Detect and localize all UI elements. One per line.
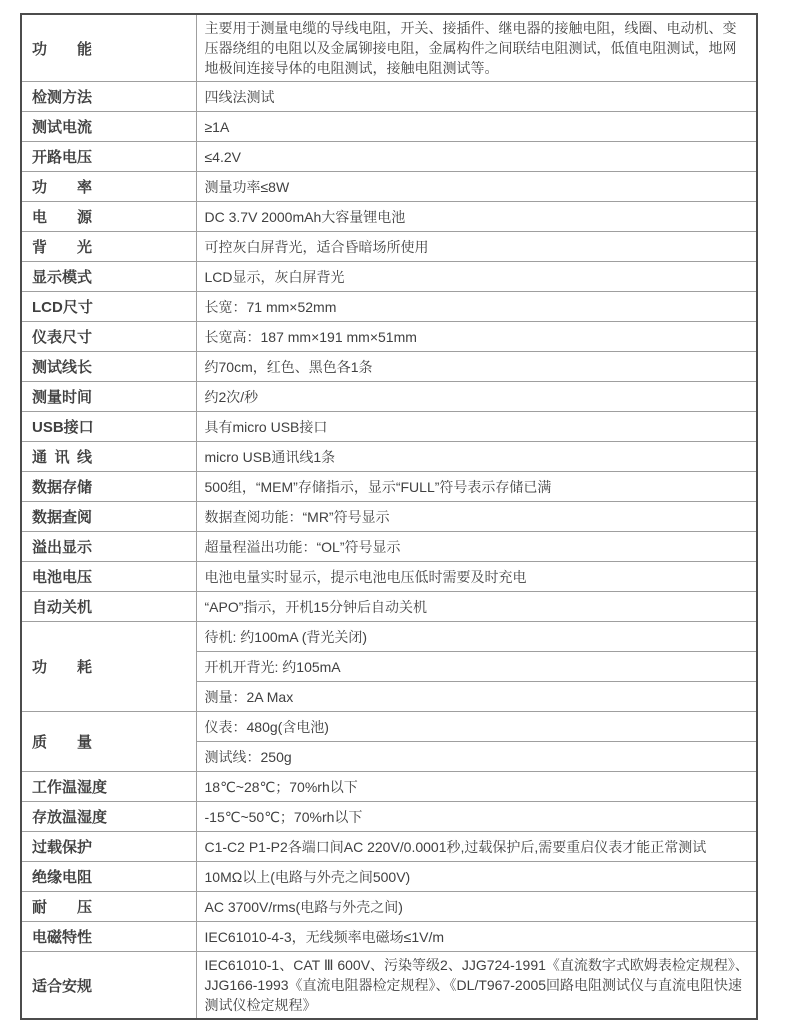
spec-label: 电源	[21, 202, 196, 232]
spec-value: 500组，“MEM”存储指示，显示“FULL”符号表示存储已满	[196, 472, 757, 502]
spec-label-text: 存放温湿度	[32, 806, 107, 827]
spec-row: 测试电流 ≥1A	[21, 112, 757, 142]
spec-value: LCD显示，灰白屏背光	[196, 262, 757, 292]
spec-value: 约2次/秒	[196, 382, 757, 412]
spec-label: 开路电压	[21, 142, 196, 172]
spec-value: AC 3700V/rms(电路与外壳之间)	[196, 892, 757, 922]
spec-label: 绝缘电阻	[21, 862, 196, 892]
spec-label: 检测方法	[21, 82, 196, 112]
spec-label: 过载保护	[21, 832, 196, 862]
spec-row: 测试线长 约70cm，红色、黑色各1条	[21, 352, 757, 382]
spec-label: 测试电流	[21, 112, 196, 142]
spec-label-text: 功率	[32, 176, 92, 197]
spec-value: ≤4.2V	[196, 142, 757, 172]
spec-row: 仪表尺寸 长宽高：187 mm×191 mm×51mm	[21, 322, 757, 352]
spec-row: 电源 DC 3.7V 2000mAh大容量锂电池	[21, 202, 757, 232]
spec-value: 约70cm，红色、黑色各1条	[196, 352, 757, 382]
spec-label-text: 功能	[32, 38, 92, 59]
spec-label: 适合安规	[21, 952, 196, 1020]
spec-value: 长宽：71 mm×52mm	[196, 292, 757, 322]
spec-row: 开路电压 ≤4.2V	[21, 142, 757, 172]
spec-label-text: 数据存储	[32, 476, 92, 497]
spec-label-text: 仪表尺寸	[32, 326, 92, 347]
spec-label-text: 开路电压	[32, 146, 92, 167]
spec-label-text: 绝缘电阻	[32, 866, 92, 887]
spec-label-text: 过载保护	[32, 836, 92, 857]
spec-row: 适合安规 IEC61010-1、CAT Ⅲ 600V、污染等级2、JJG724-…	[21, 952, 757, 1020]
spec-row: 背光 可控灰白屏背光，适合昏暗场所使用	[21, 232, 757, 262]
spec-value: 测量功率≤8W	[196, 172, 757, 202]
spec-label: 功耗	[21, 622, 196, 712]
spec-label-text: 显示模式	[32, 266, 92, 287]
spec-label: 电池电压	[21, 562, 196, 592]
spec-value: 10MΩ以上(电路与外壳之间500V)	[196, 862, 757, 892]
spec-value: 电池电量实时显示，提示电池电压低时需要及时充电	[196, 562, 757, 592]
spec-label: USB接口	[21, 412, 196, 442]
spec-label: 工作温湿度	[21, 772, 196, 802]
spec-table: 功能 主要用于测量电缆的导线电阻，开关、接插件、继电器的接触电阻，线圈、电动机、…	[20, 13, 758, 1020]
spec-value: 18℃~28℃；70%rh以下	[196, 772, 757, 802]
spec-row: 电池电压 电池电量实时显示，提示电池电压低时需要及时充电	[21, 562, 757, 592]
spec-row: 过载保护 C1-C2 P1-P2各端口间AC 220V/0.0001秒,过载保护…	[21, 832, 757, 862]
spec-row: 测量时间 约2次/秒	[21, 382, 757, 412]
spec-label: 测试线长	[21, 352, 196, 382]
spec-row: 功能 主要用于测量电缆的导线电阻，开关、接插件、继电器的接触电阻，线圈、电动机、…	[21, 14, 757, 82]
spec-row: 存放温湿度 -15℃~50℃；70%rh以下	[21, 802, 757, 832]
spec-value: 超量程溢出功能：“OL”符号显示	[196, 532, 757, 562]
spec-value: 长宽高：187 mm×191 mm×51mm	[196, 322, 757, 352]
spec-label: 数据存储	[21, 472, 196, 502]
spec-row: 质量 仪表：480g(含电池)	[21, 712, 757, 742]
spec-row: 数据存储 500组，“MEM”存储指示，显示“FULL”符号表示存储已满	[21, 472, 757, 502]
spec-row: 功率 测量功率≤8W	[21, 172, 757, 202]
spec-value: ≥1A	[196, 112, 757, 142]
spec-row: 绝缘电阻 10MΩ以上(电路与外壳之间500V)	[21, 862, 757, 892]
spec-value: -15℃~50℃；70%rh以下	[196, 802, 757, 832]
spec-value: IEC61010-4-3，无线频率电磁场≤1V/m	[196, 922, 757, 952]
spec-label: 测量时间	[21, 382, 196, 412]
spec-value: 测量：2A Max	[196, 682, 757, 712]
spec-label: 存放温湿度	[21, 802, 196, 832]
spec-label-text: 自动关机	[32, 596, 92, 617]
spec-row: 自动关机 “APO”指示，开机15分钟后自动关机	[21, 592, 757, 622]
spec-label: 背光	[21, 232, 196, 262]
spec-value: 测试线：250g	[196, 742, 757, 772]
spec-value: 数据查阅功能：“MR”符号显示	[196, 502, 757, 532]
spec-row: 功耗 待机: 约100mA (背光关闭)	[21, 622, 757, 652]
spec-value: micro USB通讯线1条	[196, 442, 757, 472]
spec-label-text: 电源	[32, 206, 92, 227]
spec-value: 可控灰白屏背光，适合昏暗场所使用	[196, 232, 757, 262]
spec-value: 仪表：480g(含电池)	[196, 712, 757, 742]
spec-value: “APO”指示，开机15分钟后自动关机	[196, 592, 757, 622]
spec-value: DC 3.7V 2000mAh大容量锂电池	[196, 202, 757, 232]
spec-label: 功能	[21, 14, 196, 82]
spec-value: 主要用于测量电缆的导线电阻，开关、接插件、继电器的接触电阻，线圈、电动机、变压器…	[196, 14, 757, 82]
spec-label-text: 耐压	[32, 896, 92, 917]
spec-label: LCD尺寸	[21, 292, 196, 322]
spec-label-text: 检测方法	[32, 86, 92, 107]
spec-label-text: 测量时间	[32, 386, 92, 407]
spec-value: C1-C2 P1-P2各端口间AC 220V/0.0001秒,过载保护后,需要重…	[196, 832, 757, 862]
spec-value: 待机: 约100mA (背光关闭)	[196, 622, 757, 652]
spec-row: 通讯线 micro USB通讯线1条	[21, 442, 757, 472]
spec-label-text: USB接口	[32, 416, 94, 437]
spec-label-text: 测试电流	[32, 116, 92, 137]
spec-row: 检测方法 四线法测试	[21, 82, 757, 112]
spec-label: 质量	[21, 712, 196, 772]
spec-value: 开机开背光: 约105mA	[196, 652, 757, 682]
spec-label: 数据查阅	[21, 502, 196, 532]
spec-label-text: 电磁特性	[32, 926, 92, 947]
spec-label: 通讯线	[21, 442, 196, 472]
spec-label-text: 电池电压	[32, 566, 92, 587]
spec-label-text: 测试线长	[32, 356, 92, 377]
spec-row: LCD尺寸 长宽：71 mm×52mm	[21, 292, 757, 322]
spec-label: 电磁特性	[21, 922, 196, 952]
spec-label: 显示模式	[21, 262, 196, 292]
spec-row: 耐压 AC 3700V/rms(电路与外壳之间)	[21, 892, 757, 922]
spec-row: USB接口 具有micro USB接口	[21, 412, 757, 442]
spec-label-text: 功耗	[32, 656, 92, 677]
spec-label-text: 工作温湿度	[32, 776, 107, 797]
spec-label-text: 通讯线	[32, 446, 92, 467]
spec-label-text: LCD尺寸	[32, 296, 93, 317]
spec-row: 数据查阅 数据查阅功能：“MR”符号显示	[21, 502, 757, 532]
spec-label: 自动关机	[21, 592, 196, 622]
spec-value: 具有micro USB接口	[196, 412, 757, 442]
spec-row: 工作温湿度 18℃~28℃；70%rh以下	[21, 772, 757, 802]
spec-value: IEC61010-1、CAT Ⅲ 600V、污染等级2、JJG724-1991《…	[196, 952, 757, 1020]
spec-label: 仪表尺寸	[21, 322, 196, 352]
spec-label-text: 背光	[32, 236, 92, 257]
spec-row: 电磁特性 IEC61010-4-3，无线频率电磁场≤1V/m	[21, 922, 757, 952]
spec-label: 溢出显示	[21, 532, 196, 562]
spec-row: 显示模式 LCD显示，灰白屏背光	[21, 262, 757, 292]
spec-label: 耐压	[21, 892, 196, 922]
spec-label-text: 适合安规	[32, 975, 92, 996]
spec-row: 溢出显示 超量程溢出功能：“OL”符号显示	[21, 532, 757, 562]
spec-value: 四线法测试	[196, 82, 757, 112]
spec-label-text: 质量	[32, 731, 92, 752]
spec-label-text: 溢出显示	[32, 536, 92, 557]
spec-label: 功率	[21, 172, 196, 202]
spec-label-text: 数据查阅	[32, 506, 92, 527]
